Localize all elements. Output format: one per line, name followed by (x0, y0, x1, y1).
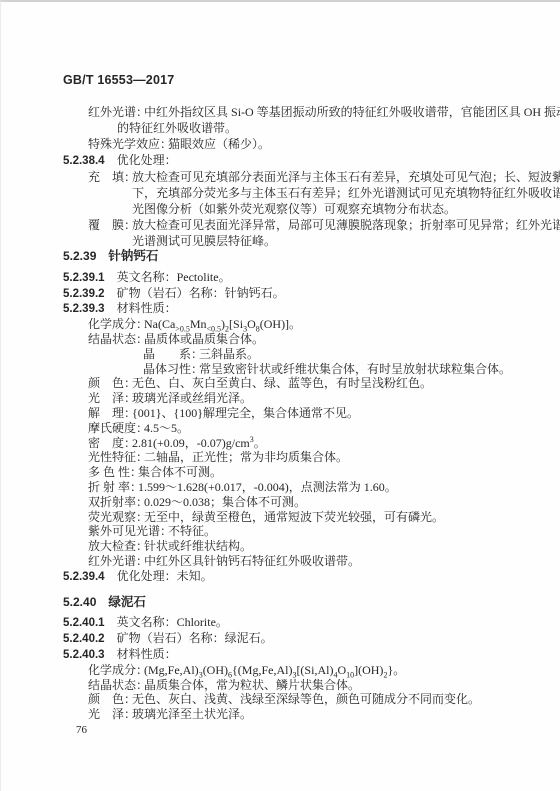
clause-number: 5.2.39.4 (63, 571, 105, 583)
property-value: 中红外区具针钠钙石特征红外吸收谱带。 (144, 554, 360, 568)
property-line: 结晶状态：晶质集合体，常为粒状、鳞片状集合体。 (88, 678, 560, 693)
clause-text: 英文名称：Pectolite。 (117, 270, 231, 284)
property-line: 结晶状态：晶质体或晶质集合体。 (88, 332, 560, 347)
property-line: 放大检查：针状或纤维状结构。 (88, 539, 560, 554)
property-value: {001}、{100}解理完全，集合体通常不见。 (132, 406, 359, 420)
property-line: 光 泽：玻璃光泽至土状光泽。 (88, 707, 560, 722)
page-number: 76 (76, 723, 560, 737)
property-label: 晶体习性： (143, 362, 203, 376)
property-value: 无至中，绿黄至橙色，通常短波下荧光较强，可有磷光。 (144, 510, 444, 524)
clause-text: 优化处理：未知。 (117, 569, 213, 583)
property-label: 化学成分： (88, 317, 148, 331)
property-line: 化学成分：(Mg,Fe,Al)3(OH)6{(Mg,Fe,Al)3[(Si,Al… (88, 663, 560, 678)
property-label: 荧光观察： (88, 510, 148, 524)
clause-number: 5.2.40.2 (63, 633, 105, 645)
continuation-line: 的特征红外吸收谱带。 (117, 120, 560, 136)
property-label: 充 填： (88, 170, 136, 184)
clause-line: 5.2.39.2矿物（岩石）名称：针钠钙石。 (63, 286, 560, 302)
property-label: 紫外可见光谱： (88, 524, 172, 538)
property-label: 红外光谱： (88, 554, 148, 568)
property-label: 光 泽： (88, 707, 136, 721)
property-label: 化学成分： (88, 663, 148, 677)
clause-line: 5.2.40.2矿物（岩石）名称：绿泥石。 (63, 631, 560, 647)
clause-text: 英文名称：Chlorite。 (117, 615, 228, 629)
property-line: 折 射 率：1.599～1.628(+0.017，-0.004)，点测法常为 1… (88, 480, 560, 495)
property-value: 玻璃光泽或丝绢光泽。 (132, 391, 252, 405)
property-value: 不特征。 (168, 524, 216, 538)
section-title: 绿泥石 (108, 595, 146, 609)
clause-text: 材料性质： (117, 301, 177, 315)
property-label: 颜 色： (88, 692, 136, 706)
property-value: 集合体不可测。 (138, 465, 222, 479)
property-value: 4.5～5。 (144, 421, 189, 435)
document-body: 红外光谱：中红外指纹区具 Si-O 等基团振动所致的特征红外吸收谱带，官能团区具… (1, 104, 560, 722)
property-value: 二轴晶，正光性；常为非均质集合体。 (144, 450, 348, 464)
property-value: 常呈致密针状或纤维状集合体，有时呈放射状球粒集合体。 (199, 362, 511, 376)
clause-number: 5.2.39.3 (63, 303, 105, 315)
property-label: 折 射 率： (88, 480, 142, 494)
property-label: 摩氏硬度： (88, 421, 148, 435)
property-line: 特殊光学效应：猫眼效应（稀少）。 (88, 136, 560, 152)
clause-line: 5.2.38.4优化处理： (63, 152, 560, 169)
clause-number: 5.2.39.2 (63, 288, 105, 300)
property-label: 解 理： (88, 406, 136, 420)
clause-line: 5.2.39.4优化处理：未知。 (63, 569, 560, 585)
clause-text: 优化处理： (117, 153, 177, 167)
property-value: 放大检查可见表面光泽异常，局部可见薄膜脱落现象；折射率可见异常；红外光谱和拉曼 (132, 218, 560, 232)
property-line: 双折射率：0.029～0.038；集合体不可测。 (88, 495, 560, 510)
property-line: 颜 色：无色、白、灰白至黄白、绿、蓝等色，有时呈浅粉红色。 (88, 376, 560, 391)
clause-number: 5.2.39.1 (63, 272, 105, 284)
property-line: 荧光观察：无至中，绿黄至橙色，通常短波下荧光较强，可有磷光。 (88, 510, 560, 525)
clause-number: 5.2.39 (63, 249, 96, 263)
property-label: 特殊光学效应： (88, 137, 172, 151)
property-label: 光性特征： (88, 450, 148, 464)
property-line: 红外光谱：中红外指纹区具 Si-O 等基团振动所致的特征红外吸收谱带，官能团区具… (88, 104, 560, 120)
document-code-header: GB/T 16553—2017 (63, 73, 560, 88)
clause-line: 5.2.40.1英文名称：Chlorite。 (63, 615, 560, 631)
clause-number: 5.2.40.3 (63, 649, 105, 661)
property-value: 光谱测试可见膜层特征峰。 (132, 234, 276, 248)
property-value: 光图像分析（如紫外荧光观察仪等）可观察充填物分布状态。 (132, 202, 456, 216)
property-value: 针状或纤维状结构。 (144, 539, 252, 553)
property-value: 无色、灰白、浅黄、浅绿至深绿等色，颜色可随成分不同而变化。 (132, 692, 480, 706)
property-label: 覆 膜： (88, 218, 136, 232)
property-label: 结晶状态： (88, 332, 148, 346)
clause-number: 5.2.38.4 (63, 155, 105, 167)
property-value: 晶质体或晶质集合体。 (144, 332, 264, 346)
clause-number: 5.2.40.1 (63, 617, 105, 629)
clause-text: 矿物（岩石）名称：绿泥石。 (117, 631, 273, 645)
property-line: 紫外可见光谱：不特征。 (88, 524, 560, 539)
property-line: 摩氏硬度：4.5～5。 (88, 421, 560, 436)
property-value: Na(Ca>0.5Mn<0.5)2[Si3O8(OH)]。 (144, 317, 301, 331)
property-line: 颜 色：无色、灰白、浅黄、浅绿至深绿等色，颜色可随成分不同而变化。 (88, 692, 560, 707)
clause-line: 5.2.39.3材料性质： (63, 301, 560, 317)
section-heading-line: 5.2.40绿泥石 (63, 595, 560, 610)
property-value: 中红外指纹区具 Si-O 等基团振动所致的特征红外吸收谱带，官能团区具 OH 振… (144, 105, 560, 119)
sub-property-line: 晶体习性：常呈致密针状或纤维状集合体，有时呈放射状球粒集合体。 (143, 362, 560, 377)
property-value: 晶质集合体，常为粒状、鳞片状集合体。 (144, 678, 360, 692)
property-value: 1.599～1.628(+0.017，-0.004)，点测法常为 1.60。 (138, 480, 397, 494)
property-line: 解 理：{001}、{100}解理完全，集合体通常不见。 (88, 406, 560, 421)
clause-number: 5.2.40 (63, 595, 96, 609)
property-value: 的特征红外吸收谱带。 (117, 121, 237, 135)
continuation-line: 光谱测试可见膜层特征峰。 (132, 233, 560, 249)
property-value: 三斜晶系。 (199, 347, 259, 361)
property-label: 放大检查： (88, 539, 148, 553)
property-label: 晶 系： (143, 347, 203, 361)
property-value: 玻璃光泽至土状光泽。 (132, 707, 252, 721)
property-value: 放大检查可见充填部分表面光泽与主体玉石有差异，充填处可见气泡；长、短波紫外光 (132, 170, 560, 184)
property-value: 无色、白、灰白至黄白、绿、蓝等色，有时呈浅粉红色。 (132, 376, 432, 390)
property-line: 多 色 性：集合体不可测。 (88, 465, 560, 480)
sub-property-line: 晶 系：三斜晶系。 (143, 347, 560, 362)
property-label: 双折射率： (88, 495, 148, 509)
property-line: 密 度：2.81(+0.09，-0.07)g/cm3。 (88, 436, 560, 451)
property-line: 充 填：放大检查可见充填部分表面光泽与主体玉石有差异，充填处可见气泡；长、短波紫… (88, 169, 560, 185)
clause-text: 矿物（岩石）名称：针钠钙石。 (117, 286, 285, 300)
clause-text: 材料性质： (117, 647, 177, 661)
property-line: 化学成分：Na(Ca>0.5Mn<0.5)2[Si3O8(OH)]。 (88, 317, 560, 332)
section-heading-line: 5.2.39针钠钙石 (63, 249, 560, 264)
property-label: 多 色 性： (88, 465, 142, 479)
property-label: 光 泽： (88, 391, 136, 405)
property-label: 红外光谱： (88, 105, 148, 119)
property-line: 红外光谱：中红外区具针钠钙石特征红外吸收谱带。 (88, 554, 560, 569)
property-value: 0.029～0.038；集合体不可测。 (144, 495, 306, 509)
property-line: 光 泽：玻璃光泽或丝绢光泽。 (88, 391, 560, 406)
continuation-line: 下，充填部分荧光多与主体玉石有差异；红外光谱测试可见充填物特征红外吸收谱带；发 (132, 185, 560, 201)
property-label: 结晶状态： (88, 678, 148, 692)
section-title: 针钠钙石 (108, 249, 158, 263)
property-line: 覆 膜：放大检查可见表面光泽异常，局部可见薄膜脱落现象；折射率可见异常；红外光谱… (88, 217, 560, 233)
property-label: 密 度： (88, 436, 136, 450)
document-page: GB/T 16553—2017 红外光谱：中红外指纹区具 Si-O 等基团振动所… (0, 0, 560, 791)
property-value: (Mg,Fe,Al)3(OH)6{(Mg,Fe,Al)3[(Si,Al)4O10… (144, 663, 405, 677)
continuation-line: 光图像分析（如紫外荧光观察仪等）可观察充填物分布状态。 (132, 201, 560, 217)
property-label: 颜 色： (88, 376, 136, 390)
property-value: 2.81(+0.09，-0.07)g/cm3。 (132, 436, 266, 450)
property-value: 猫眼效应（稀少）。 (168, 137, 270, 151)
property-line: 光性特征：二轴晶，正光性；常为非均质集合体。 (88, 450, 560, 465)
clause-line: 5.2.40.3材料性质： (63, 647, 560, 663)
property-value: 下，充填部分荧光多与主体玉石有差异；红外光谱测试可见充填物特征红外吸收谱带；发 (132, 186, 560, 200)
clause-line: 5.2.39.1英文名称：Pectolite。 (63, 270, 560, 286)
